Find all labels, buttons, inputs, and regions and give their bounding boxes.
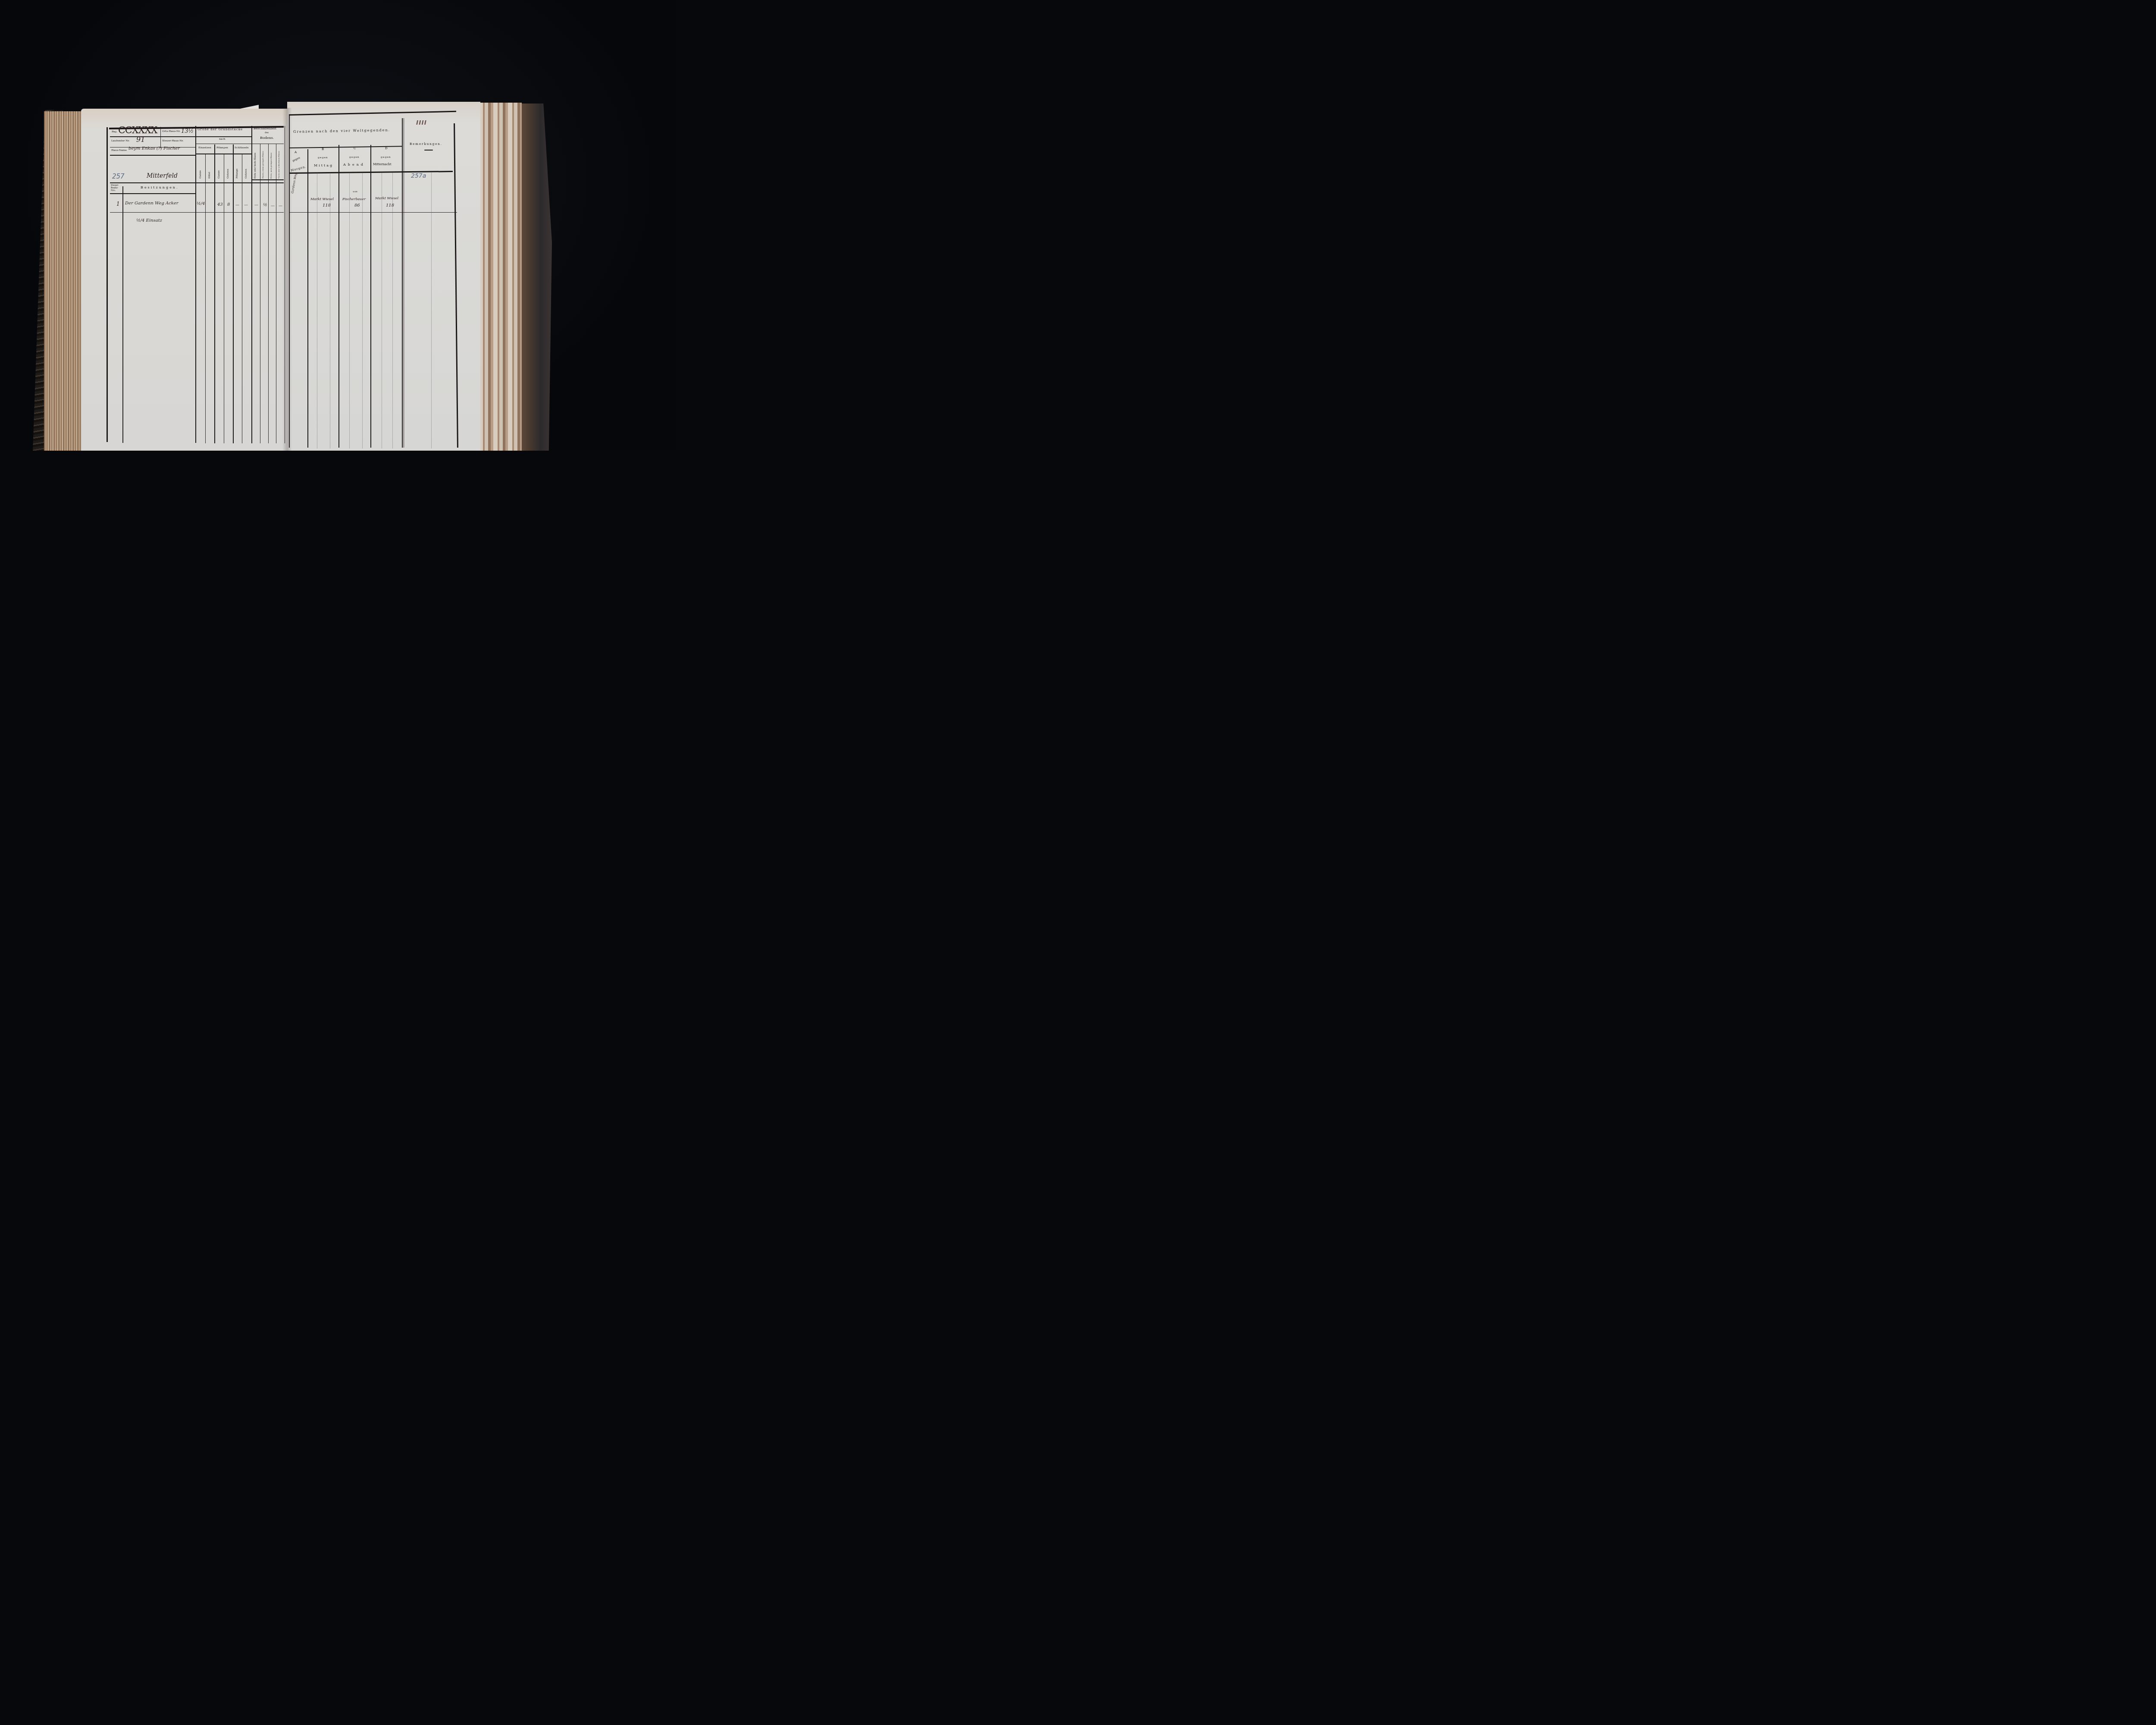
book-gutter [282,108,292,451]
soil-class-2: Zweite, etwas geringere Klasse [262,151,264,179]
cell-klasse-2: ½ [263,203,267,207]
besitzungen-label: Besitzungen. [141,186,179,189]
steuer-besitz-nro-label: Steuer-Besitz-Nro. [111,184,122,192]
cell-schluesseln-pifange: — [235,204,239,207]
tally-mark: IIII [416,120,427,126]
dir-a-letter: A [295,151,297,154]
dir-c-letter: C [354,147,356,150]
soil-class-4: Vierte oder schlechteste Klasse [278,151,280,179]
group-schluesseln: Schlüsseln [235,147,249,149]
dir-b-letter: B [322,148,324,151]
pencil-parcel-number-right: 257a [411,173,426,179]
group-einsetzen: Einsetzen [198,147,211,149]
size-sub: nach [219,138,226,141]
row-nro: 1 [116,201,120,207]
col-schluesseln-pifange: Pifange [236,169,238,179]
laufender-nr-value: 91 [136,136,145,143]
soil-class-1: Erste oder beste Klasse [254,153,257,179]
dir-d-letter: D [385,147,388,150]
cell-pifangen-ganze: 43 [217,203,223,207]
page-stack-left [44,111,84,451]
pencil-parcel-number: 257 [112,173,125,180]
dir-b-gegen: gegen [318,157,328,159]
cell-schluesseln-gehren: — [244,204,248,207]
col-schluesseln-gehren: Gehren [245,169,248,179]
group-pifangen: Pifangen [216,147,228,149]
col-einsetzen-ganze: Ganze [199,170,202,179]
dir-c-name: Abend [343,163,365,166]
haus-name-label: Haus-Name [111,149,127,152]
cell-abend-top: von [353,191,357,193]
cell-pifangen-gehren: 8 [227,203,230,207]
col-pifangen-ganze: Ganze [218,170,220,179]
cell-mitternacht: Markt Wiesel [375,197,398,200]
location-name: Mitterfeld [147,173,178,179]
cell-abend-no: 86 [354,204,360,208]
cell-mitternacht-no: 118 [386,204,394,208]
dir-c-gegen: gegen [349,156,360,159]
dir-d-name: Mitternacht [373,163,391,166]
laufender-nr-label: Laufender Nr. [111,140,130,142]
cell-mittag: Markt Wiesel [310,198,334,201]
steuer-haus-nr-label: Steuer-Haus-Nr. [162,140,184,142]
pag-value: CCXXXX [118,126,157,135]
soil-title2: des [265,132,269,134]
cell-klasse-3: — [271,204,275,208]
ornament-icon [424,150,433,151]
pag-label: Pag. [112,131,117,133]
orts-haus-nr-value: 13½ [181,129,194,134]
cell-einsetzen-ganze: ½/4 [197,202,205,206]
dir-d-gegen: gegen [381,156,391,159]
remarks-label: Bemerkungen. [410,143,442,146]
cell-mittag-no: 118 [323,204,331,208]
soil-title3: Bodens. [260,136,274,140]
cell-klasse-1: — [254,204,258,207]
left-page [81,109,288,451]
cell-klasse-4: — [279,204,282,208]
cell-abend: Fischerbauer [342,198,366,201]
page-stack-right [479,103,522,451]
row-description: Der Gardenn Weg Acker [125,201,179,206]
dir-b-name: Mittag [314,164,333,167]
right-page [287,102,480,451]
col-pifangen-gehren: Gehren [227,169,229,179]
orts-haus-nr-label: Orts-Haus-Nr. [162,130,180,133]
col-einsetzen-64tel: 64tel [208,172,211,179]
size-title: Größe der Grundstücke [197,128,243,131]
haus-name-value: beym Enkas (?) Fischer [128,147,180,151]
row-description-line2: ½/4 Einsatz [136,219,162,223]
soil-class-3: Dritte, noch geringere Klasse [270,153,272,179]
soil-title: Beschaffenheit [254,127,276,130]
